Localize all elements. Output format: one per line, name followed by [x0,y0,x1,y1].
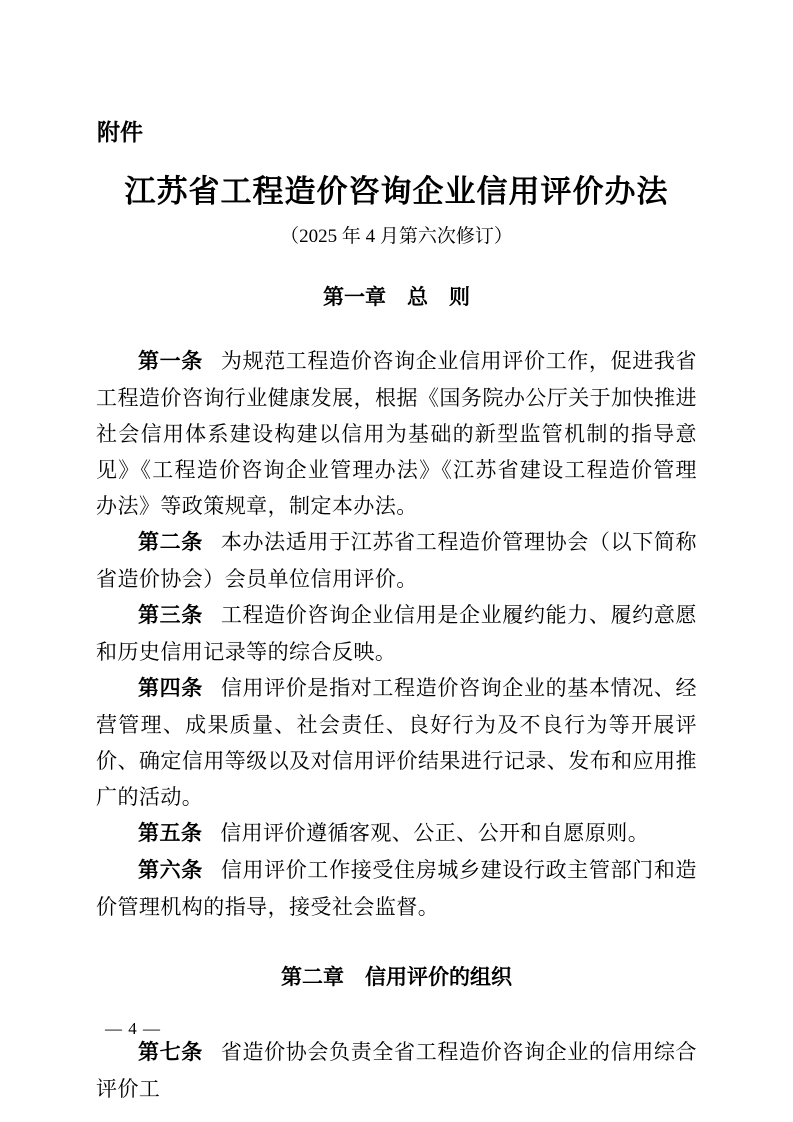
chapter-1-body: 第一条为规范工程造价咨询企业信用评价工作，促进我省工程造价咨询行业健康发展，根据… [96,343,697,925]
article-7-label: 第七条 [138,1041,203,1064]
document-page: 附件 江苏省工程造价咨询企业信用评价办法 （2025 年 4 月第六次修订） 第… [0,0,793,1122]
article-3: 第三条工程造价咨询企业信用是企业履约能力、履约意愿和历史信用记录等的综合反映。 [96,597,697,670]
article-2-label: 第二条 [138,531,203,554]
chapter-2-heading: 第二章 信用评价的组织 [0,963,793,993]
article-5: 第五条信用评价遵循客观、公正、公开和自愿原则。 [96,815,697,852]
document-title: 江苏省工程造价咨询企业信用评价办法 [70,170,723,214]
article-5-label: 第五条 [138,822,202,845]
article-6-label: 第六条 [138,859,203,882]
article-1-text: 为规范工程造价咨询企业信用评价工作，促进我省工程造价咨询行业健康发展，根据《国务… [96,349,697,518]
chapter-1-heading: 第一章 总 则 [0,283,793,313]
article-3-label: 第三条 [138,604,203,627]
article-4: 第四条信用评价是指对工程造价咨询企业的基本情况、经营管理、成果质量、社会责任、良… [96,670,697,815]
revision-subtitle: （2025 年 4 月第六次修订） [0,223,793,251]
article-1-label: 第一条 [138,350,203,373]
page-number: — 4 — [105,1018,161,1040]
attachment-label: 附件 [97,0,793,148]
article-1: 第一条为规范工程造价咨询企业信用评价工作，促进我省工程造价咨询行业健康发展，根据… [96,343,697,524]
article-6: 第六条信用评价工作接受住房城乡建设行政主管部门和造价管理机构的指导，接受社会监督… [96,852,697,925]
article-2: 第二条本办法适用于江苏省工程造价管理协会（以下简称省造价协会）会员单位信用评价。 [96,524,697,597]
chapter-2-body: 第七条省造价协会负责全省工程造价咨询企业的信用综合评价工 [96,1034,697,1107]
article-5-text: 信用评价遵循客观、公正、公开和自愿原则。 [220,821,649,845]
article-4-label: 第四条 [138,677,203,700]
article-7: 第七条省造价协会负责全省工程造价咨询企业的信用综合评价工 [96,1034,697,1107]
